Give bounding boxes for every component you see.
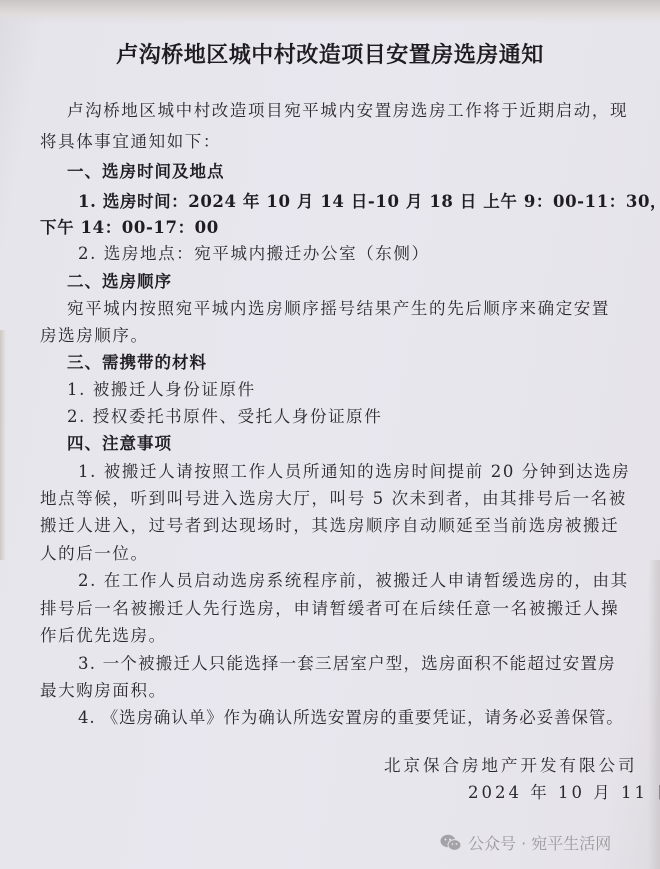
note-1-line-2: 地点等候，听到叫号进入选房大厅，叫号 5 次未到者，由其排号后一名被 — [40, 485, 627, 509]
paper-right-edge — [648, 560, 660, 869]
section-heading-time-place: 一、选房时间及地点 — [67, 158, 225, 182]
watermark: 公众号 · 宛平生活网 — [440, 831, 611, 854]
paper-left-edge — [0, 330, 6, 560]
order-body-line-1: 宛平城内按照宛平城内选房顺序摇号结果产生的先后顺序来确定安置 — [67, 295, 610, 319]
section-heading-materials: 三、需携带的材料 — [67, 349, 207, 373]
note-2-line-3: 作后优先选房。 — [40, 622, 167, 646]
note-1-line-3: 搬迁人进入，过号者到达现场时，其选房顺序自动顺延至当前选房被搬迁 — [40, 512, 619, 536]
section-heading-order: 二、选房顺序 — [67, 268, 172, 292]
note-1-line-1: 1. 被搬迁人请按照工作人员所通知的选房时间提前 20 分钟到达选房 — [78, 458, 630, 482]
note-3-line-1: 3. 一个被搬迁人只能选择一套三居室户型，选房面积不能超过安置房 — [78, 650, 616, 674]
material-item-1: 1. 被搬迁人身份证原件 — [67, 376, 256, 400]
selection-location: 2. 选房地点：宛平城内搬迁办公室（东侧） — [78, 240, 430, 264]
note-2-line-1: 2. 在工作人员启动选房系统程序前，被搬迁人申请暂缓选房的，由其 — [78, 567, 629, 591]
note-3-line-2: 最大购房面积。 — [40, 677, 167, 701]
watermark-text: 公众号 · 宛平生活网 — [468, 831, 611, 854]
intro-line-2: 将具体事宜通知如下： — [40, 128, 221, 152]
note-4-line-1: 4. 《选房确认单》作为确认所选安置房的重要凭证，请务必妥善保管。 — [78, 704, 624, 728]
document-title: 卢沟桥地区城中村改造项目安置房选房通知 — [0, 38, 660, 69]
issue-date: 2024 年 10 月 11 日 — [468, 779, 660, 803]
paper-fold-shadow — [0, 0, 660, 24]
selection-time-line-1: 1. 选房时间：2024 年 10 月 14 日-10 月 18 日 上午 9：… — [78, 188, 660, 212]
intro-line-1: 卢沟桥地区城中村改造项目宛平城内安置房选房工作将于近期启动，现 — [67, 97, 628, 121]
order-body-line-2: 房选房顺序。 — [40, 322, 149, 346]
note-2-line-2: 排号后一名被搬迁人先行选房，申请暂缓者可在后续任意一名被搬迁人操 — [40, 595, 619, 619]
material-item-2: 2. 授权委托书原件、受托人身份证原件 — [67, 403, 382, 427]
issuer-company: 北京保合房地产开发有限公司 — [384, 752, 638, 776]
note-1-line-4: 人的后一位。 — [40, 540, 149, 564]
section-heading-notes: 四、注意事项 — [67, 430, 172, 454]
selection-time-line-2: 下午 14：00-17：00 — [40, 214, 219, 238]
wechat-icon — [440, 834, 462, 852]
